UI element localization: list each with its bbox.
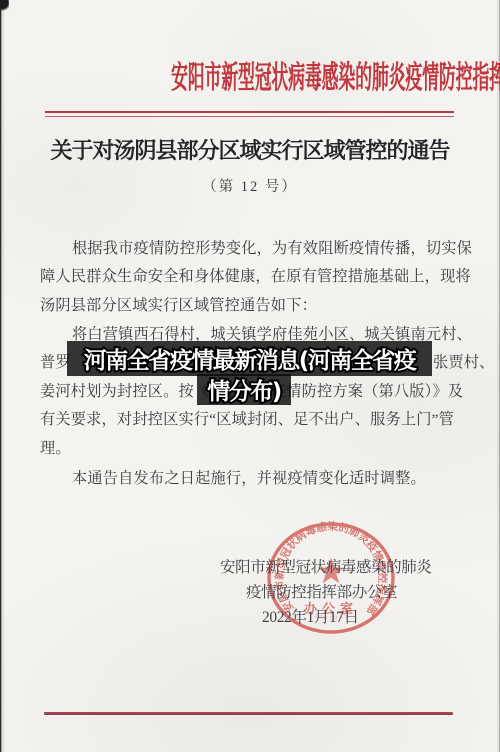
body-line: 本通告自发布之日起施行，并视疫情变化适时调整。 xyxy=(72,468,500,490)
notice-document-photo: 安阳市新型冠状病毒感染的肺炎疫情防控指挥部办公室 关于对汤阴县部分区域实行区域管… xyxy=(0,0,500,752)
body-line: 汤阴县部分区域实行区域管控通告如下： xyxy=(40,295,470,317)
photo-corner-artifact xyxy=(0,0,9,11)
body-line: 障人民群众生命安全和身体健康，在原有管控措施基础上，现将 xyxy=(40,266,470,288)
signature-date: 2022年1月17日 xyxy=(262,605,359,627)
caption-overlay-line2: 情分布) xyxy=(197,374,291,405)
issuer-banner-text: 安阳市新型冠状病毒感染的肺炎疫情防控指挥部办公室 xyxy=(171,56,500,100)
caption-text-line2: 情分布) xyxy=(207,373,281,406)
signature-line2: 疫情防控指挥部办公室 xyxy=(246,580,397,602)
caption-text-line1: 河南全省疫情最新消息(河南全省疫 xyxy=(84,342,416,375)
body-line: 有关要求，对封控区实行“区域封闭、足不出户、服务上门”管 xyxy=(40,409,470,431)
document-number: （第 12 号） xyxy=(0,175,500,196)
caption-overlay-line1: 河南全省疫情最新消息(河南全省疫 xyxy=(67,341,432,376)
signature-line1: 安阳市新型冠状病毒感染的肺炎 xyxy=(220,555,431,577)
body-fragment-right: 张贾村、 xyxy=(433,352,495,374)
footer-rule xyxy=(44,712,453,715)
body-line: 理。 xyxy=(40,438,470,460)
photo-left-edge xyxy=(0,0,4,752)
issuer-banner: 安阳市新型冠状病毒感染的肺炎疫情防控指挥部办公室 xyxy=(0,56,500,100)
letterhead-rule xyxy=(45,111,454,117)
body-line: 根据我市疫情防控形势变化，为有效阻断疫情传播，切实保 xyxy=(72,238,500,260)
document-title: 关于对汤阴县部分区域实行区域管控的通告 xyxy=(0,138,500,164)
